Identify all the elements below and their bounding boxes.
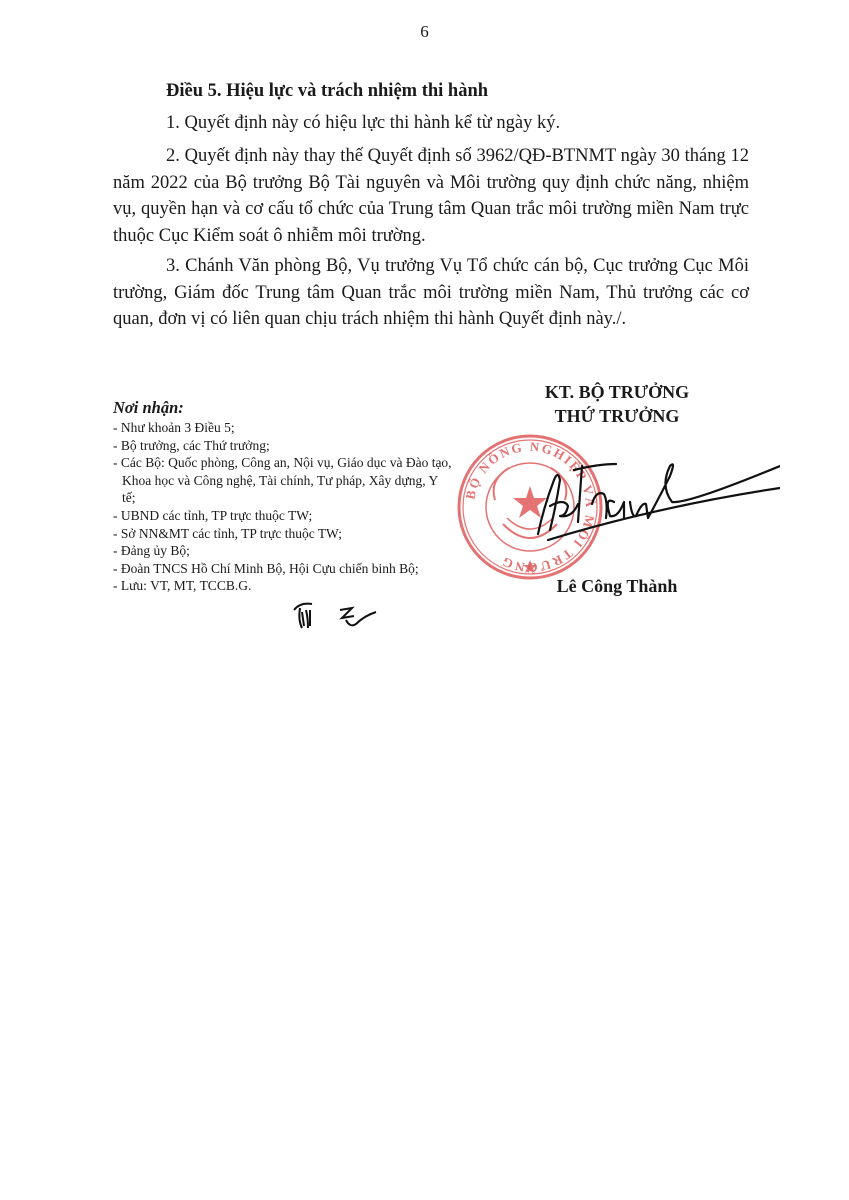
signer-role-1: KT. BỘ TRƯỞNG <box>507 380 727 404</box>
signer-role-2: THỨ TRƯỞNG <box>507 404 727 428</box>
recipient-item: - Lưu: VT, MT, TCCB.G. <box>113 577 453 595</box>
signer-name: Lê Công Thành <box>507 576 727 597</box>
signature-block: KT. BỘ TRƯỞNG THỨ TRƯỞNG BỘ NÔNG NGHIỆP … <box>470 380 790 428</box>
recipient-item: - Đoàn TNCS Hồ Chí Minh Bộ, Hội Cựu chiế… <box>113 560 453 578</box>
paragraph-2: 2. Quyết định này thay thế Quyết định số… <box>113 143 749 249</box>
recipient-list: - Như khoản 3 Điều 5; - Bộ trưởng, các T… <box>113 419 453 595</box>
recipient-item: - Bộ trưởng, các Thứ trưởng; <box>113 437 453 455</box>
article-heading: Điều 5. Hiệu lực và trách nhiệm thi hành <box>166 81 488 102</box>
recipient-item: - Các Bộ: Quốc phòng, Công an, Nội vụ, G… <box>113 454 453 507</box>
recipient-item: - Đảng ủy Bộ; <box>113 542 453 560</box>
paragraph-1: 1. Quyết định này có hiệu lực thi hành k… <box>113 110 749 137</box>
recipients-title: Nơi nhận: <box>113 398 453 418</box>
paragraph-3-text: 3. Chánh Văn phòng Bộ, Vụ trưởng Vụ Tổ c… <box>113 256 749 329</box>
recipient-item: - Như khoản 3 Điều 5; <box>113 419 453 437</box>
paragraph-2-text: 2. Quyết định này thay thế Quyết định số… <box>113 146 749 246</box>
page-number: 6 <box>0 22 849 42</box>
recipients-section: Nơi nhận: - Như khoản 3 Điều 5; - Bộ trư… <box>113 398 453 595</box>
handwritten-signature-icon <box>520 446 780 541</box>
paragraph-1-text: 1. Quyết định này có hiệu lực thi hành k… <box>166 113 560 133</box>
recipient-item: - UBND các tỉnh, TP trực thuộc TW; <box>113 507 453 525</box>
handwritten-initials-icon <box>290 598 380 632</box>
recipient-item: - Sở NN&MT các tỉnh, TP trực thuộc TW; <box>113 525 453 543</box>
paragraph-3: 3. Chánh Văn phòng Bộ, Vụ trưởng Vụ Tổ c… <box>113 253 749 333</box>
